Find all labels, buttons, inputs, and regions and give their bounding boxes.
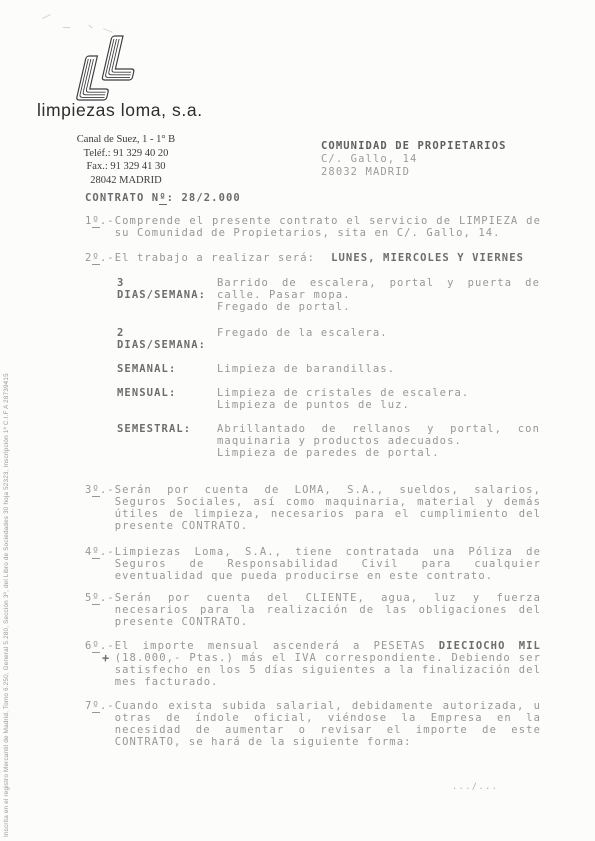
- schedule-task-line: Limpieza de barandillas.: [217, 363, 540, 375]
- clause-text: Comprende el presente contrato el servic…: [115, 215, 541, 239]
- text-segment: El trabajo a realizar será:: [115, 252, 315, 264]
- clause-number: 7º.-: [85, 700, 115, 748]
- ordinal-indicator: º: [92, 252, 99, 265]
- contract-number: 28/2.000: [181, 192, 240, 204]
- ordinal-indicator: º: [92, 640, 99, 653]
- schedule-frequency-label: MENSUAL:: [117, 387, 217, 411]
- contract-document-page: limpiezas loma, s.a. Canal de Suez, 1 - …: [0, 0, 595, 841]
- schedule-row: 3 DIAS/SEMANA:Barrido de escalera, porta…: [117, 277, 541, 313]
- clause: +6º.-El importe mensual ascenderá a PESE…: [85, 640, 541, 688]
- clause-text: El importe mensual ascenderá a PESETAS D…: [115, 640, 541, 688]
- schedule-task-line: Barrido de escalera, portal y puerta de …: [217, 277, 540, 301]
- recipient-name: COMUNIDAD DE PROPIETARIOS: [321, 140, 507, 153]
- schedule-frequency-label: 2 DIAS/SEMANA:: [117, 327, 217, 351]
- contract-label: CONTRATO N: [85, 192, 159, 204]
- text-segment: Cuando exista subida salarial, debidamen…: [115, 700, 541, 748]
- schedule-row: MENSUAL:Limpieza de cristales de escaler…: [117, 387, 541, 411]
- text-segment: DIECIOCHO MIL: [439, 640, 541, 652]
- company-address-block: Canal de Suez, 1 - 1° B Teléf.: 91 329 4…: [60, 133, 192, 187]
- ordinal-indicator: º: [92, 700, 99, 713]
- schedule-tasks: Fregado de la escalera.: [217, 327, 540, 351]
- address-line: Fax.: 91 329 41 30: [60, 160, 192, 174]
- schedule-tasks: Barrido de escalera, portal y puerta de …: [217, 277, 540, 313]
- schedule-tasks: Limpieza de barandillas.: [217, 363, 540, 375]
- contract-number-line: CONTRATO Nº: 28/2.000: [85, 192, 241, 204]
- clause: 1º.-Comprende el presente contrato el se…: [85, 215, 541, 239]
- contract-body: 1º.-Comprende el presente contrato el se…: [85, 215, 541, 761]
- text-segment: Serán por cuenta de LOMA, S.A., sueldos,…: [115, 484, 541, 532]
- clause: 2º.-El trabajo a realizar será:LUNES, MI…: [85, 252, 541, 264]
- schedule-task-line: Limpieza de paredes de portal.: [217, 447, 540, 459]
- recipient-block: COMUNIDAD DE PROPIETARIOS C/. Gallo, 14 …: [321, 140, 507, 179]
- schedule-tasks: Limpieza de cristales de escalera.Limpie…: [217, 387, 540, 411]
- clause-number: 4º.-: [85, 546, 115, 582]
- clause-text: El trabajo a realizar será:LUNES, MIERCO…: [115, 252, 541, 264]
- clause: 5º.-Serán por cuenta del CLIENTE, agua, …: [85, 592, 541, 628]
- registry-sidebar-text: Inscrita en el registro Mercantil de Mad…: [3, 283, 10, 837]
- company-logo-icon: [72, 34, 136, 106]
- schedule-frequency-label: SEMESTRAL:: [117, 423, 217, 459]
- schedule-task-line: Fregado de portal.: [217, 301, 540, 313]
- text-segment: El importe mensual ascenderá a PESETAS: [115, 640, 439, 652]
- schedule-row: 2 DIAS/SEMANA:Fregado de la escalera.: [117, 327, 541, 351]
- ordinal-indicator: º: [92, 484, 99, 497]
- address-line: Canal de Suez, 1 - 1° B: [60, 133, 192, 147]
- text-segment: LUNES, MIERCOLES Y VIERNES: [331, 252, 524, 264]
- ordinal-indicator: º: [92, 592, 99, 605]
- clause-text: Cuando exista subida salarial, debidamen…: [115, 700, 541, 748]
- continuation-mark: .../...: [452, 782, 498, 792]
- clause-text: Serán por cuenta del CLIENTE, agua, luz …: [115, 592, 541, 628]
- text-segment: Comprende el presente contrato el servic…: [115, 215, 541, 239]
- text-segment: Serán por cuenta del CLIENTE, agua, luz …: [115, 592, 541, 628]
- recipient-city: 28032 MADRID: [321, 166, 507, 179]
- handwritten-plus-mark: +: [102, 652, 111, 664]
- clause-number: 3º.-: [85, 484, 115, 532]
- schedule-frequency-label: SEMANAL:: [117, 363, 217, 375]
- schedule-row: SEMANAL:Limpieza de barandillas.: [117, 363, 541, 375]
- clause-number: 5º.-: [85, 592, 115, 628]
- schedule-task-line: Limpieza de puntos de luz.: [217, 399, 540, 411]
- schedule-task-line: Abrillantado de rellanos y portal, con m…: [217, 423, 540, 447]
- clause: 4º.-Limpiezas Loma, S.A., tiene contrata…: [85, 546, 541, 582]
- schedule-row: SEMESTRAL:Abrillantado de rellanos y por…: [117, 423, 541, 459]
- clause-number: 1º.-: [85, 215, 115, 239]
- company-name: limpiezas loma, s.a.: [37, 100, 203, 121]
- ordinal-indicator: º: [92, 546, 99, 559]
- clause-text: Limpiezas Loma, S.A., tiene contratada u…: [115, 546, 541, 582]
- clause: 7º.-Cuando exista subida salarial, debid…: [85, 700, 541, 748]
- clause-number: 2º.-: [85, 252, 115, 264]
- clause-text: Serán por cuenta de LOMA, S.A., sueldos,…: [115, 484, 541, 532]
- schedule-tasks: Abrillantado de rellanos y portal, con m…: [217, 423, 540, 459]
- schedule-task-line: Fregado de la escalera.: [217, 327, 540, 339]
- contract-label-suffix: :: [167, 192, 182, 204]
- schedule-block: 3 DIAS/SEMANA:Barrido de escalera, porta…: [117, 277, 541, 459]
- clause-number: 6º.-: [85, 640, 115, 688]
- address-line: 28042 MADRID: [60, 174, 192, 188]
- schedule-task-line: Limpieza de cristales de escalera.: [217, 387, 540, 399]
- ordinal-indicator: º: [92, 215, 99, 228]
- ordinal-indicator: º: [159, 192, 166, 205]
- address-line: Teléf.: 91 329 40 20: [60, 147, 192, 161]
- text-segment: (18.000,- Ptas.) más el IVA correspondie…: [115, 652, 541, 688]
- clause: 3º.-Serán por cuenta de LOMA, S.A., suel…: [85, 484, 541, 532]
- recipient-street: C/. Gallo, 14: [321, 153, 507, 166]
- schedule-frequency-label: 3 DIAS/SEMANA:: [117, 277, 217, 313]
- text-segment: Limpiezas Loma, S.A., tiene contratada u…: [115, 546, 541, 582]
